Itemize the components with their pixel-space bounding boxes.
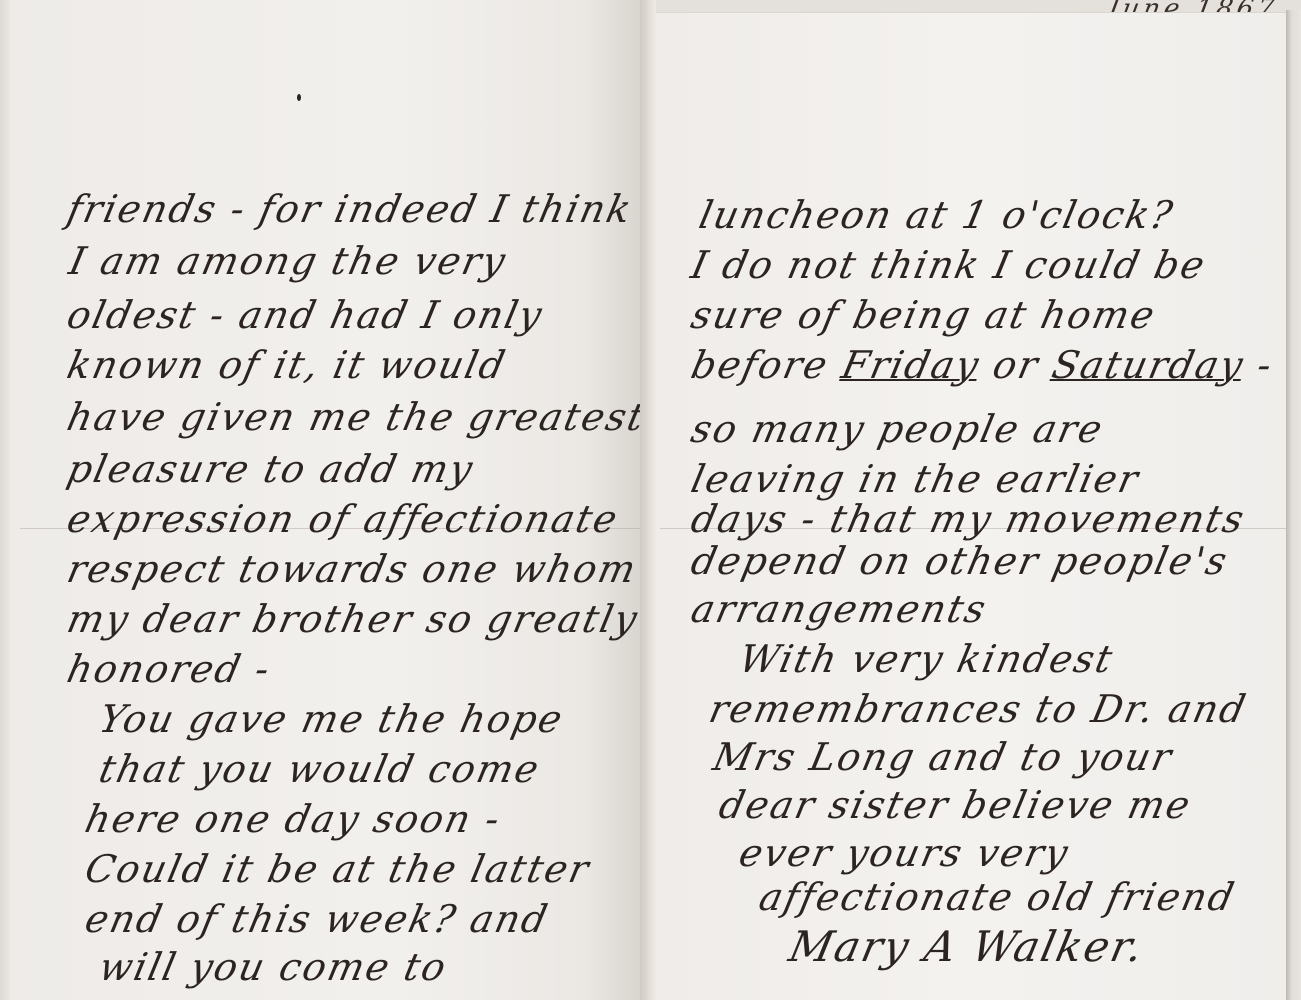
right-line-15: affectionate old friend bbox=[756, 878, 1239, 916]
letter-spread: friends - for indeed I think I am among … bbox=[0, 0, 1301, 1000]
underlined-friday: Friday bbox=[838, 343, 984, 387]
left-line-6: pleasure to add my bbox=[64, 450, 478, 488]
or-word: or bbox=[975, 343, 1058, 387]
right-line-12: Mrs Long and to your bbox=[710, 738, 1176, 776]
right-line-4: before Friday or Saturday - bbox=[688, 346, 1277, 384]
right-line-10: With very kindest bbox=[736, 640, 1117, 678]
left-line-5: have given me the greatest bbox=[64, 398, 649, 436]
right-line-14: ever yours very bbox=[736, 834, 1073, 872]
left-line-7: expression of affectionate bbox=[64, 500, 622, 538]
left-line-2: I am among the very bbox=[66, 242, 510, 280]
left-line-11: You gave me the hope bbox=[96, 700, 567, 738]
left-line-4: known of it, it would bbox=[64, 346, 510, 384]
right-line-9: arrangements bbox=[688, 590, 991, 628]
left-line-12: that you would come bbox=[96, 750, 544, 788]
left-line-15: end of this week? and bbox=[82, 900, 552, 938]
left-paper-edge bbox=[0, 0, 10, 1000]
signature: Mary A Walker. bbox=[786, 926, 1149, 968]
right-paper-edge bbox=[1286, 10, 1301, 1000]
before-word: before bbox=[687, 343, 847, 387]
left-line-16: will you come to bbox=[96, 948, 451, 986]
left-line-14: Could it be at the latter bbox=[82, 850, 594, 888]
right-line-6: leaving in the earlier bbox=[688, 460, 1143, 498]
right-line-7: days - that my movements bbox=[688, 500, 1249, 538]
underlined-saturday: Saturday bbox=[1048, 343, 1248, 387]
left-line-8: respect towards one whom bbox=[64, 550, 641, 588]
ink-mark bbox=[297, 94, 301, 101]
right-line-3: sure of being at home bbox=[688, 296, 1160, 334]
book-gutter bbox=[640, 0, 656, 1000]
right-line-2: I do not think I could be bbox=[688, 246, 1210, 284]
right-line-13: dear sister believe me bbox=[716, 786, 1195, 824]
left-line-9: my dear brother so greatly bbox=[64, 600, 642, 638]
left-line-3: oldest - and had I only bbox=[64, 296, 547, 334]
right-line-11: remembrances to Dr. and bbox=[706, 690, 1251, 728]
left-line-1: friends - for indeed I think bbox=[64, 190, 636, 228]
right-line-8: depend on other people's bbox=[688, 542, 1232, 580]
right-line-5: so many people are bbox=[688, 410, 1107, 448]
left-line-13: here one day soon - bbox=[82, 800, 505, 838]
left-line-10: honored - bbox=[64, 650, 275, 688]
right-line-1: luncheon at 1 o'clock? bbox=[696, 196, 1177, 234]
